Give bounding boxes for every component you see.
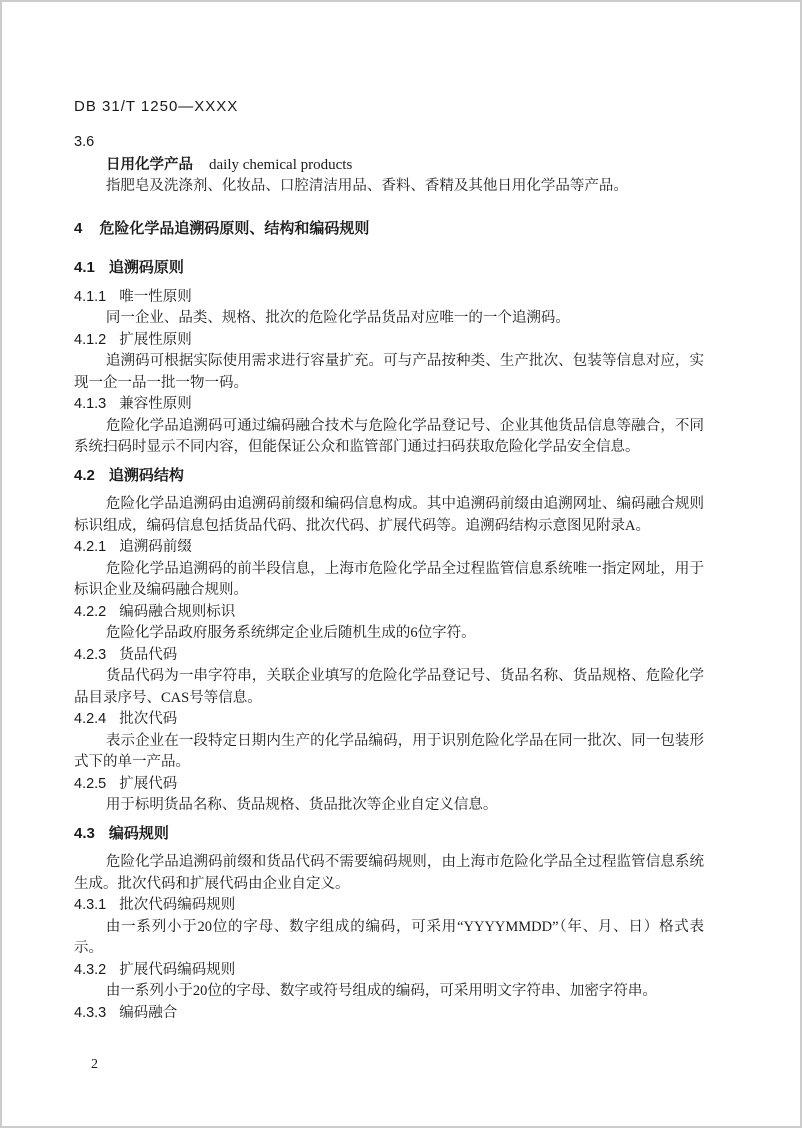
clause-number: 4.2.3 <box>74 647 106 663</box>
clause-heading: 4.2.3货品代码 <box>74 645 704 667</box>
clause-title: 唯一性原则 <box>119 289 192 305</box>
clause-heading: 4.3.2扩展代码编码规则 <box>74 960 704 982</box>
clause-title: 追溯码结构 <box>109 467 184 484</box>
clause-number: 4.2.4 <box>74 711 106 727</box>
clause-number: 4.2 <box>74 467 95 484</box>
paragraph: 危险化学品追溯码前缀和货品代码不需要编码规则，由上海市危险化学品全过程监管信息系… <box>74 852 704 895</box>
paragraph: 由一系列小于20位的字母、数字或符号组成的编码，可采用明文字符串、加密字符串。 <box>74 981 704 1003</box>
term-clause-number: 3.6 <box>74 132 704 154</box>
clause-title: 扩展性原则 <box>119 332 192 348</box>
clause-heading: 4.2.2编码融合规则标识 <box>74 602 704 624</box>
doc-code-header: DB 31/T 1250—XXXX <box>74 96 704 118</box>
paragraph: 用于标明货品名称、货品规格、货品批次等企业自定义信息。 <box>74 795 704 817</box>
paragraph: 同一企业、品类、规格、批次的危险化学品货品对应唯一的一个追溯码。 <box>74 308 704 330</box>
clause-number: 4.1.3 <box>74 396 106 412</box>
paragraph: 由一系列小于20位的字母、数字组成的编码，可采用“YYYYMMDD”（年、月、日… <box>74 917 704 960</box>
clause-title: 编码规则 <box>109 825 169 842</box>
clause-heading: 4.3.1批次代码编码规则 <box>74 895 704 917</box>
paragraph: 指肥皂及洗涤剂、化妆品、口腔清洁用品、香料、香精及其他日用化学品等产品。 <box>74 176 704 198</box>
clause-number: 4.1 <box>74 259 95 276</box>
clause-heading: 4.1.1唯一性原则 <box>74 287 704 309</box>
clause-number: 4.1.1 <box>74 289 106 305</box>
clause-number: 4.3 <box>74 825 95 842</box>
paragraph: 危险化学品追溯码可通过编码融合技术与危险化学品登记号、企业其他货品信息等融合，不… <box>74 416 704 459</box>
clause-number: 4.2.5 <box>74 776 106 792</box>
clause-title: 编码融合规则标识 <box>119 604 235 620</box>
paragraph: 货品代码为一串字符串，关联企业填写的危险化学品登记号、货品名称、货品规格、危险化… <box>74 666 704 709</box>
clause-title: 货品代码 <box>119 647 177 663</box>
clause-number: 4.3.2 <box>74 962 106 978</box>
document-body: 3.6日用化学产品daily chemical products指肥皂及洗涤剂、… <box>74 132 704 1024</box>
term-title: 日用化学产品daily chemical products <box>74 154 704 177</box>
document-page: DB 31/T 1250—XXXX 3.6日用化学产品daily chemica… <box>0 0 802 1128</box>
subsection-heading: 4.2追溯码结构 <box>74 465 704 487</box>
clause-number: 4.3.3 <box>74 1005 106 1021</box>
section-heading: 4危险化学品追溯码原则、结构和编码规则 <box>74 218 704 240</box>
subsection-heading: 4.3编码规则 <box>74 823 704 845</box>
clause-heading: 4.1.2扩展性原则 <box>74 330 704 352</box>
clause-title: 危险化学品追溯码原则、结构和编码规则 <box>99 220 369 237</box>
subsection-heading: 4.1追溯码原则 <box>74 257 704 279</box>
term-title-en: daily chemical products <box>209 157 352 173</box>
clause-heading: 4.3.3编码融合 <box>74 1003 704 1025</box>
clause-title: 批次代码 <box>119 711 177 727</box>
clause-number: 3.6 <box>74 134 94 150</box>
paragraph: 危险化学品追溯码由追溯码前缀和编码信息构成。其中追溯码前缀由追溯网址、编码融合规… <box>74 494 704 537</box>
clause-title: 追溯码前缀 <box>119 539 192 555</box>
clause-number: 4.1.2 <box>74 332 106 348</box>
clause-number: 4.2.2 <box>74 604 106 620</box>
clause-title: 批次代码编码规则 <box>119 897 235 913</box>
clause-title: 扩展代码 <box>119 776 177 792</box>
page-content: DB 31/T 1250—XXXX 3.6日用化学产品daily chemica… <box>2 2 800 1076</box>
clause-title: 追溯码原则 <box>109 259 184 276</box>
paragraph: 表示企业在一段特定日期内生产的化学品编码，用于识别危险化学品在同一批次、同一包装… <box>74 731 704 774</box>
paragraph: 危险化学品政府服务系统绑定企业后随机生成的6位字符。 <box>74 623 704 645</box>
clause-title: 编码融合 <box>119 1005 177 1021</box>
clause-heading: 4.2.4批次代码 <box>74 709 704 731</box>
clause-number: 4 <box>74 220 82 237</box>
clause-heading: 4.2.5扩展代码 <box>74 774 704 796</box>
clause-title: 兼容性原则 <box>119 396 192 412</box>
page-number: 2 <box>74 1054 704 1076</box>
clause-number: 4.2.1 <box>74 539 106 555</box>
clause-heading: 4.2.1追溯码前缀 <box>74 537 704 559</box>
clause-number: 4.3.1 <box>74 897 106 913</box>
clause-title: 扩展代码编码规则 <box>119 962 235 978</box>
paragraph: 危险化学品追溯码的前半段信息，上海市危险化学品全过程监管信息系统唯一指定网址，用… <box>74 559 704 602</box>
term-title-zh: 日用化学产品 <box>106 157 193 173</box>
clause-heading: 4.1.3兼容性原则 <box>74 394 704 416</box>
paragraph: 追溯码可根据实际使用需求进行容量扩充。可与产品按种类、生产批次、包装等信息对应，… <box>74 351 704 394</box>
